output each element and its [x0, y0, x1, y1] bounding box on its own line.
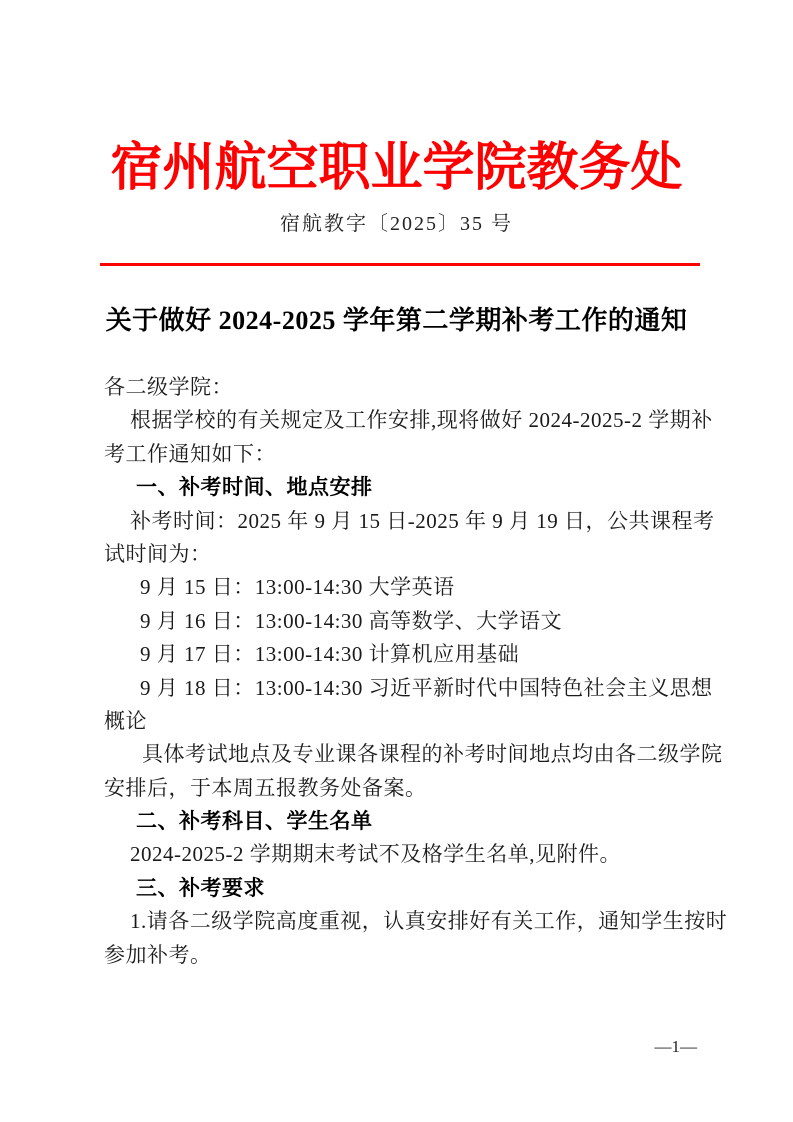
notice-title: 关于做好 2024-2025 学年第二学期补考工作的通知: [0, 306, 793, 336]
body-line: 根据学校的有关规定及工作安排,现将做好 2024-2025-2 学期补: [104, 404, 724, 437]
body-line: 2024-2025-2 学期期末考试不及格学生名单,见附件。: [104, 838, 724, 871]
body-line: 概论: [104, 705, 724, 738]
page-number: —1—: [655, 1036, 698, 1058]
body-line: 二、补考科目、学生名单: [104, 805, 724, 838]
body-line: 参加补考。: [104, 939, 724, 972]
document-page: 宿州航空职业学院教务处 宿航教字〔2025〕35 号 关于做好 2024-202…: [0, 0, 793, 1122]
body-line: 补考时间：2025 年 9 月 15 日-2025 年 9 月 19 日，公共课…: [104, 505, 724, 538]
body-line: 考工作通知如下：: [104, 438, 724, 471]
body-line: 9 月 16 日：13:00-14:30 高等数学、大学语文: [104, 605, 724, 638]
body-line: 三、补考要求: [104, 872, 724, 905]
org-title: 宿州航空职业学院教务处: [0, 138, 793, 200]
body-line: 一、补考时间、地点安排: [104, 471, 724, 504]
body-line: 1.请各二级学院高度重视，认真安排好有关工作，通知学生按时: [104, 905, 724, 938]
doc-number: 宿航教字〔2025〕35 号: [0, 211, 793, 237]
body-line: 具体考试地点及专业课各课程的补考时间地点均由各二级学院: [104, 738, 724, 771]
body-line: 试时间为：: [104, 538, 724, 571]
body-line: 各二级学院：: [104, 371, 724, 404]
notice-body: 各二级学院：根据学校的有关规定及工作安排,现将做好 2024-2025-2 学期…: [104, 371, 724, 972]
body-line: 9 月 18 日：13:00-14:30 习近平新时代中国特色社会主义思想: [104, 672, 724, 705]
body-line: 安排后，于本周五报教务处备案。: [104, 772, 724, 805]
red-divider: [100, 263, 700, 266]
body-line: 9 月 17 日：13:00-14:30 计算机应用基础: [104, 638, 724, 671]
body-line: 9 月 15 日：13:00-14:30 大学英语: [104, 571, 724, 604]
